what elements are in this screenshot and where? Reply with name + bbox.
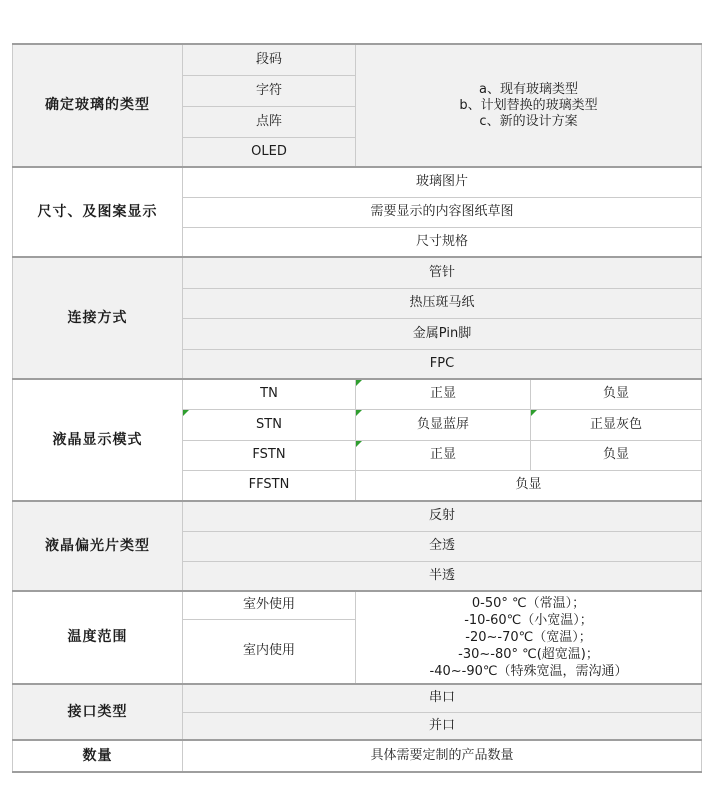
glass-type-option-oled: OLED xyxy=(183,137,356,167)
quantity-value: 具体需要定制的产品数量 xyxy=(183,740,702,772)
polarizer-row-transmissive: 全透 xyxy=(183,531,702,561)
size-pattern-row-sketch: 需要显示的内容图纸草图 xyxy=(183,197,702,227)
polarizer-row-transflective: 半透 xyxy=(183,561,702,591)
glass-type-note-a: a、现有玻璃类型 xyxy=(358,82,699,98)
display-mode-stn-gray: 正显灰色 xyxy=(531,409,702,440)
display-mode-fstn-negative: 负显 xyxy=(531,440,702,470)
connection-row-zebra: 热压斑马纸 xyxy=(183,288,702,318)
glass-type-option-dianzhen: 点阵 xyxy=(183,106,356,137)
temperature-usage-outdoor: 室外使用 xyxy=(183,591,356,619)
glass-type-option-zifu: 字符 xyxy=(183,75,356,106)
interface-label: 接口类型 xyxy=(13,684,183,740)
polarizer-row-reflective: 反射 xyxy=(183,501,702,531)
temperature-range-wide: -20~-70℃（宽温）； xyxy=(358,629,699,646)
size-pattern-row-dimensions: 尺寸规格 xyxy=(183,227,702,257)
glass-type-label: 确定玻璃的类型 xyxy=(13,44,183,167)
quantity-label: 数量 xyxy=(13,740,183,772)
display-mode-fstn: FSTN xyxy=(183,440,356,470)
connection-row-pins: 管针 xyxy=(183,257,702,288)
display-mode-tn: TN xyxy=(183,379,356,409)
glass-type-note-b: b、计划替换的玻璃类型 xyxy=(358,98,699,114)
temperature-range-special: -40~-90℃（特殊宽温，需沟通） xyxy=(358,663,699,680)
temperature-range-extra-wide: -30~-80° ℃(超宽温)； xyxy=(358,646,699,663)
temperature-range-small-wide: -10-60℃（小宽温）； xyxy=(358,612,699,629)
glass-type-notes: a、现有玻璃类型 b、计划替换的玻璃类型 c、新的设计方案 xyxy=(356,44,702,167)
glass-type-option-duanma: 段码 xyxy=(183,44,356,75)
display-mode-stn: STN xyxy=(183,409,356,440)
connection-row-metal-pin: 金属Pin脚 xyxy=(183,318,702,349)
size-pattern-label: 尺寸、及图案显示 xyxy=(13,167,183,257)
temperature-range-normal: 0-50° ℃（常温）； xyxy=(358,595,699,612)
display-mode-label: 液晶显示模式 xyxy=(13,379,183,501)
display-mode-fstn-positive: 正显 xyxy=(356,440,531,470)
temperature-label: 温度范围 xyxy=(13,591,183,684)
size-pattern-row-glass-photo: 玻璃图片 xyxy=(183,167,702,197)
display-mode-ffstn-negative: 负显 xyxy=(356,470,702,501)
display-mode-tn-positive: 正显 xyxy=(356,379,531,409)
connection-row-fpc: FPC xyxy=(183,349,702,379)
temperature-ranges: 0-50° ℃（常温）； -10-60℃（小宽温）； -20~-70℃（宽温）；… xyxy=(356,591,702,684)
interface-row-parallel: 并口 xyxy=(183,712,702,740)
lcd-custom-spec-table: 确定玻璃的类型 段码 a、现有玻璃类型 b、计划替换的玻璃类型 c、新的设计方案… xyxy=(12,43,702,773)
display-mode-tn-negative: 负显 xyxy=(531,379,702,409)
display-mode-stn-blue: 负显蓝屏 xyxy=(356,409,531,440)
glass-type-note-c: c、新的设计方案 xyxy=(358,114,699,130)
display-mode-ffstn: FFSTN xyxy=(183,470,356,501)
polarizer-label: 液晶偏光片类型 xyxy=(13,501,183,591)
temperature-usage-indoor: 室内使用 xyxy=(183,619,356,684)
connection-label: 连接方式 xyxy=(13,257,183,379)
interface-row-serial: 串口 xyxy=(183,684,702,712)
